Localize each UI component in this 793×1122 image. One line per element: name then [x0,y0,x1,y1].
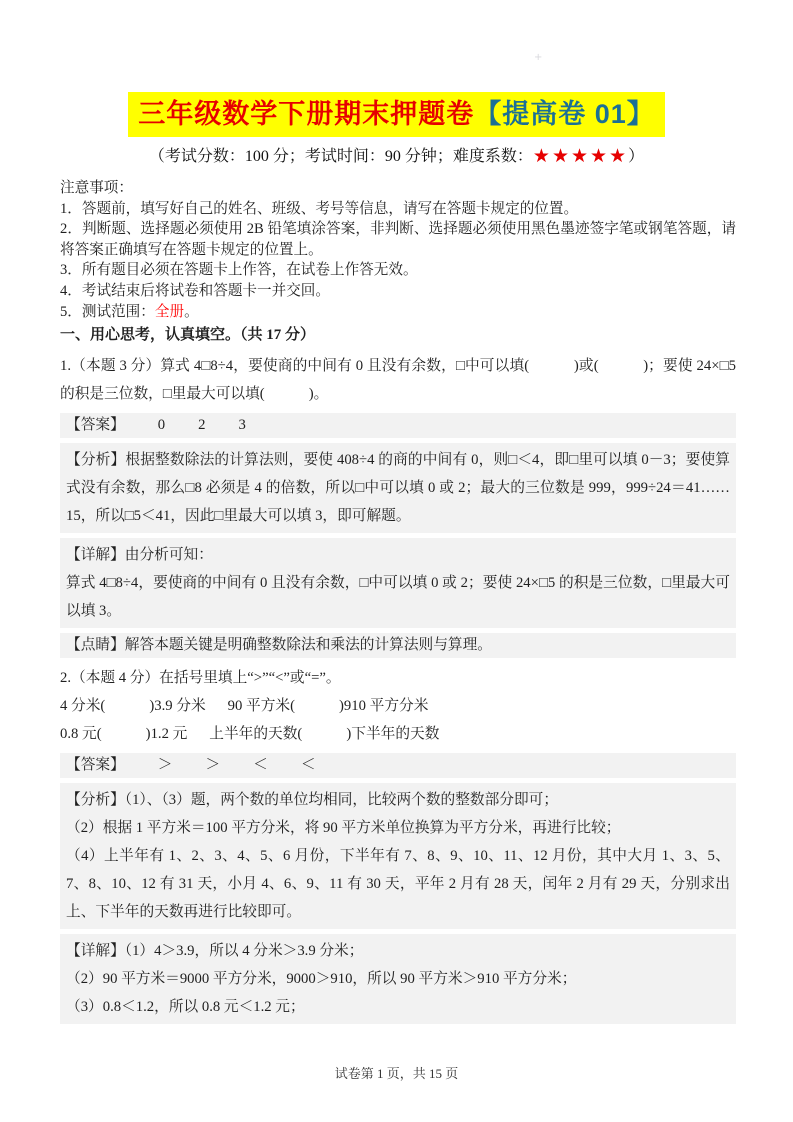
comparison-item: 90 平方米( )910 平方分米 [228,698,429,714]
page-body: 注意事项： 1．答题前，填写好自己的姓名、班级、考号等信息，请写在答题卡规定的位… [60,178,736,1024]
notice-item-5-suffix: 。 [184,304,199,320]
comparison-row: 4 分米( )3.9 分米90 平方米( )910 平方分米 [60,692,736,720]
explanation-line: （2）90 平方米＝9000 平方分米，9000＞910，所以 90 平方米＞9… [66,965,730,993]
analysis-line: （4）上半年有 1、2、3、4、5、6 月份，下半年有 7、8、9、10、11、… [66,842,730,926]
answer-row: 【答案】＞＞＜＜ [66,756,730,775]
notice-item-1: 1．答题前，填写好自己的姓名、班级、考号等信息，请写在答题卡规定的位置。 [60,199,736,220]
notice-item-5: 5．测试范围：全册。 [60,302,736,323]
analysis-line: （2）根据 1 平方米＝100 平方分米，将 90 平方米单位换算为平方分米，再… [66,814,730,842]
notice-item-3: 3．所有题目必须在答题卡上作答，在试卷上作答无效。 [60,260,736,281]
analysis-text: 【分析】根据整数除法的计算法则，要使 408÷4 的商的中间有 0，则□＜4，即… [66,446,730,530]
explanation-line: 【详解】（1）4＞3.9，所以 4 分米＞3.9 分米； [66,937,730,965]
page-footer: 试卷第 1 页，共 15 页 [0,1063,793,1082]
analysis-line: 【分析】（1）、（3）题，两个数的单位均相同，比较两个数的整数部分即可； [66,786,730,814]
difficulty-stars-icon: ★★★★★ [533,145,628,167]
question-2: 2.（本题 4 分）在括号里填上“>”“<”或“=”。 4 分米( )3.9 分… [60,664,736,1024]
comparison-item: 上半年的天数( )下半年的天数 [209,726,439,742]
answer-value: 2 [198,416,205,435]
question-2-stem: 2.（本题 4 分）在括号里填上“>”“<”或“=”。 [60,664,736,692]
notice-item-4: 4．考试结束后将试卷和答题卡一并交回。 [60,281,736,302]
notice-item-2: 2．判断题、选择题必须使用 2B 铅笔填涂答案，非判断、选择题必须使用黑色墨迹签… [60,219,736,260]
section-1-heading: 一、用心思考，认真填空。（共 17 分） [60,325,736,346]
title-volume-tag: 【提高卷 01】 [474,99,655,129]
question-2-analysis-box: 【分析】（1）、（3）题，两个数的单位均相同，比较两个数的整数部分即可； （2）… [60,783,736,929]
answer-value: 3 [238,416,245,435]
question-1-analysis-box: 【分析】根据整数除法的计算法则，要使 408÷4 的商的中间有 0，则□＜4，即… [60,443,736,533]
title-main-text: 三年级数学下册期末押题卷 [138,99,474,129]
exam-paper-page: + 三年级数学下册期末押题卷【提高卷 01】 （考试分数：100 分；考试时间：… [0,0,793,1122]
notice-section: 注意事项： 1．答题前，填写好自己的姓名、班级、考号等信息，请写在答题卡规定的位… [60,178,736,322]
explanation-line: 【详解】由分析可知： [66,541,730,569]
explanation-line: （3）0.8＜1.2，所以 0.8 元＜1.2 元； [66,993,730,1021]
title-highlight: 三年级数学下册期末押题卷【提高卷 01】 [128,92,665,137]
notice-scope-value: 全册 [155,304,184,320]
tip-text: 【点睛】解答本题关键是明确整数除法和乘法的计算法则与算理。 [66,636,730,655]
exam-meta-line: （考试分数：100 分；考试时间：90 分钟；难度系数：★★★★★） [0,144,793,169]
answer-value: 0 [158,416,165,435]
explanation-line: 算式 4□8÷4，要使商的中间有 0 且没有余数，□中可以填 0 或 2；要使 … [66,569,730,625]
exam-title: 三年级数学下册期末押题卷【提高卷 01】 [0,92,793,137]
question-1-stem: 1.（本题 3 分）算式 4□8÷4，要使商的中间有 0 且没有余数，□中可以填… [60,352,736,408]
notice-heading: 注意事项： [60,178,736,199]
question-1-tip-box: 【点睛】解答本题关键是明确整数除法和乘法的计算法则与算理。 [60,633,736,658]
exam-meta-text: （考试分数：100 分；考试时间：90 分钟；难度系数： [149,148,533,165]
question-1-answer-box: 【答案】023 [60,413,736,438]
answer-value: ＞ [205,756,220,775]
comparison-row: 0.8 元( )1.2 元上半年的天数( )下半年的天数 [60,720,736,748]
stray-scan-artifact: + [534,52,542,63]
question-2-explanation-box: 【详解】（1）4＞3.9，所以 4 分米＞3.9 分米； （2）90 平方米＝9… [60,934,736,1024]
question-2-answer-box: 【答案】＞＞＜＜ [60,753,736,778]
answer-label: 【答案】 [66,417,125,433]
answer-row: 【答案】023 [66,416,730,435]
answer-value: ＞ [158,756,173,775]
question-1: 1.（本题 3 分）算式 4□8÷4，要使商的中间有 0 且没有余数，□中可以填… [60,352,736,658]
notice-item-5-prefix: 5．测试范围： [60,304,155,320]
question-1-explanation-box: 【详解】由分析可知： 算式 4□8÷4，要使商的中间有 0 且没有余数，□中可以… [60,538,736,628]
answer-value: ＜ [253,756,268,775]
exam-meta-close: ） [628,148,644,165]
comparison-item: 4 分米( )3.9 分米 [60,692,206,720]
answer-value: ＜ [301,756,316,775]
comparison-item: 0.8 元( )1.2 元 [60,720,187,748]
answer-label: 【答案】 [66,757,125,773]
